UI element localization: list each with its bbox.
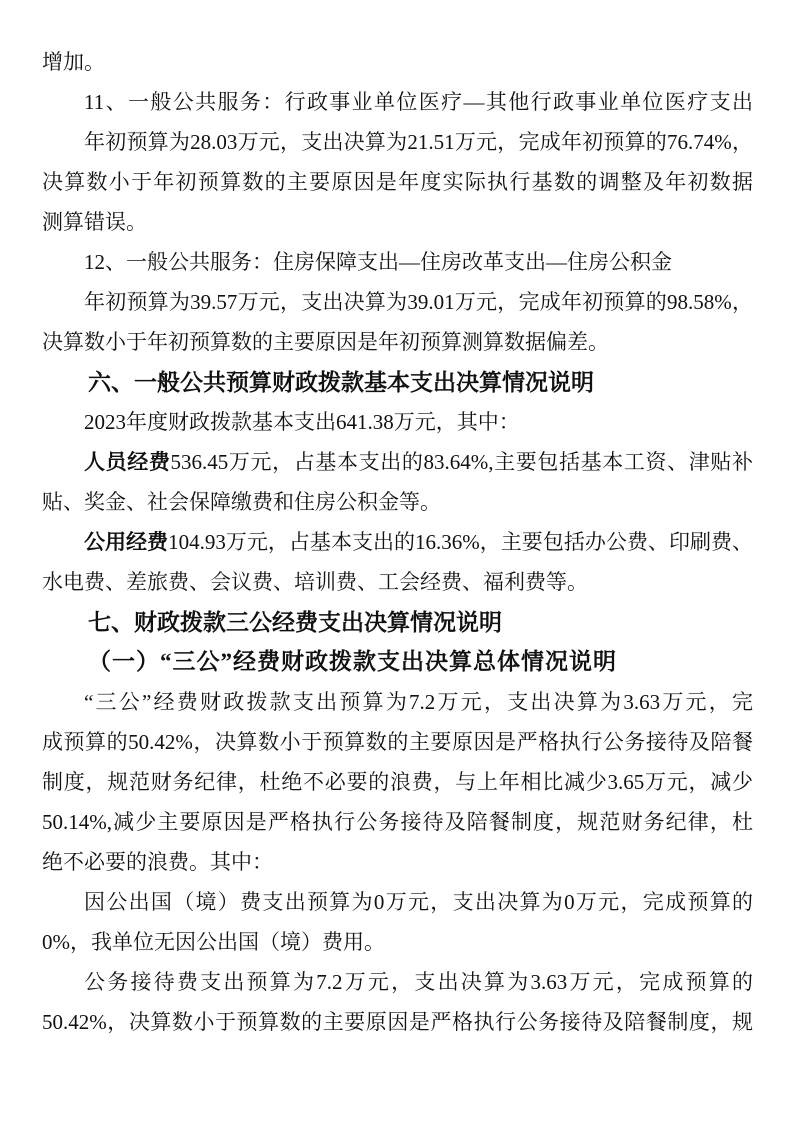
text-run: 0%，我单位无因公出国（境）费用。: [42, 930, 385, 954]
text-run: 六、一般公共预算财政拨款基本支出决算情况说明: [88, 369, 594, 395]
text-run: 增加。: [42, 50, 105, 74]
text-line: 11、一般公共服务：行政事业单位医疗—其他行政事业单位医疗支出: [42, 82, 753, 122]
text-line: 制度，规范财务纪律，杜绝不必要的浪费，与上年相比减少3.65万元，减少: [42, 762, 753, 802]
para-personnel-funds: 人员经费536.45万元，占基本支出的83.64%,主要包括基本工资、津贴补贴、…: [42, 442, 753, 522]
para-continuation-increase: 增加。: [42, 42, 753, 82]
para-three-public-overview: “三公”经费财政拨款支出预算为7.2万元，支出决算为3.63万元，完成预算的50…: [42, 682, 753, 882]
para-abroad-expense: 因公出国（境）费支出预算为0万元，支出决算为0万元，完成预算的0%，我单位无因公…: [42, 882, 753, 962]
text-line: 贴、奖金、社会保障缴费和住房公积金等。: [42, 482, 753, 522]
text-run: 决算数小于年初预算数的主要原因是年度实际执行基数的调整及年初数据: [42, 170, 753, 194]
para-item-11-title: 11、一般公共服务：行政事业单位医疗—其他行政事业单位医疗支出: [42, 82, 753, 122]
para-official-reception: 公务接待费支出预算为7.2万元，支出决算为3.63万元，完成预算的50.42%，…: [42, 962, 753, 1042]
para-item-11-detail: 年初预算为28.03万元，支出决算为21.51万元，完成年初预算的76.74%，…: [42, 122, 753, 242]
text-run: 决算数小于年初预算数的主要原因是年初预算测算数据偏差。: [42, 330, 609, 354]
text-line: 年初预算为28.03万元，支出决算为21.51万元，完成年初预算的76.74%，: [42, 122, 753, 162]
text-line: 0%，我单位无因公出国（境）费用。: [42, 922, 753, 962]
text-run: 七、财政拨款三公经费支出决算情况说明: [88, 609, 502, 635]
text-line: 年初预算为39.57万元，支出决算为39.01万元，完成年初预算的98.58%，: [42, 282, 753, 322]
text-run: 12、一般公共服务：住房保障支出—住房改革支出—住房公积金: [84, 250, 672, 274]
text-line: 成预算的50.42%，决算数小于预算数的主要原因是严格执行公务接待及陪餐: [42, 722, 753, 762]
heading-subsection-1: （一）“三公”经费财政拨款支出决算总体情况说明: [42, 642, 753, 682]
text-line: 测算错误。: [42, 202, 753, 242]
para-public-funds: 公用经费104.93万元，占基本支出的16.36%，主要包括办公费、印刷费、水电…: [42, 522, 753, 602]
text-line: 绝不必要的浪费。其中：: [42, 842, 753, 882]
para-item-12-detail: 年初预算为39.57万元，支出决算为39.01万元，完成年初预算的98.58%，…: [42, 282, 753, 362]
text-line: 公务接待费支出预算为7.2万元，支出决算为3.63万元，完成预算的: [42, 962, 753, 1002]
heading-section-6: 六、一般公共预算财政拨款基本支出决算情况说明: [42, 362, 753, 402]
bold-text-run: 公用经费: [84, 530, 168, 554]
document-body: 增加。11、一般公共服务：行政事业单位医疗—其他行政事业单位医疗支出年初预算为2…: [42, 42, 753, 1042]
text-line: 水电费、差旅费、会议费、培训费、工会经费、福利费等。: [42, 562, 753, 602]
text-run: 2023年度财政拨款基本支出641.38万元，其中：: [84, 410, 520, 434]
text-line: 六、一般公共预算财政拨款基本支出决算情况说明: [42, 362, 753, 402]
text-line: 50.14%,减少主要原因是严格执行公务接待及陪餐制度，规范财务纪律，杜: [42, 802, 753, 842]
text-run: 测算错误。: [42, 210, 147, 234]
text-line: 公用经费104.93万元，占基本支出的16.36%，主要包括办公费、印刷费、: [42, 522, 753, 562]
text-line: “三公”经费财政拨款支出预算为7.2万元，支出决算为3.63万元，完: [42, 682, 753, 722]
text-run: 11、一般公共服务：行政事业单位医疗—其他行政事业单位医疗支出: [84, 90, 753, 114]
heading-section-7: 七、财政拨款三公经费支出决算情况说明: [42, 602, 753, 642]
text-line: （一）“三公”经费财政拨款支出决算总体情况说明: [42, 642, 753, 682]
text-run: 制度，规范财务纪律，杜绝不必要的浪费，与上年相比减少3.65万元，减少: [42, 770, 753, 794]
text-line: 人员经费536.45万元，占基本支出的83.64%,主要包括基本工资、津贴补: [42, 442, 753, 482]
text-line: 因公出国（境）费支出预算为0万元，支出决算为0万元，完成预算的: [42, 882, 753, 922]
para-basic-expenditure-total: 2023年度财政拨款基本支出641.38万元，其中：: [42, 402, 753, 442]
text-run: 公务接待费支出预算为7.2万元，支出决算为3.63万元，完成预算的: [84, 970, 753, 994]
text-run: 104.93万元，占基本支出的16.36%，主要包括办公费、印刷费、: [168, 530, 753, 554]
text-run: 50.42%，决算数小于预算数的主要原因是严格执行公务接待及陪餐制度，规: [42, 1010, 753, 1034]
text-line: 2023年度财政拨款基本支出641.38万元，其中：: [42, 402, 753, 442]
text-run: 绝不必要的浪费。其中：: [42, 850, 273, 874]
text-line: 50.42%，决算数小于预算数的主要原因是严格执行公务接待及陪餐制度，规: [42, 1002, 753, 1042]
text-run: 成预算的50.42%，决算数小于预算数的主要原因是严格执行公务接待及陪餐: [42, 730, 753, 754]
text-line: 12、一般公共服务：住房保障支出—住房改革支出—住房公积金: [42, 242, 753, 282]
document-page: 增加。11、一般公共服务：行政事业单位医疗—其他行政事业单位医疗支出年初预算为2…: [0, 0, 793, 1122]
text-run: 水电费、差旅费、会议费、培训费、工会经费、福利费等。: [42, 570, 588, 594]
text-run: 年初预算为28.03万元，支出决算为21.51万元，完成年初预算的76.74%，: [84, 130, 753, 154]
bold-text-run: 人员经费: [84, 450, 171, 474]
text-run: 贴、奖金、社会保障缴费和住房公积金等。: [42, 490, 441, 514]
text-line: 七、财政拨款三公经费支出决算情况说明: [42, 602, 753, 642]
text-line: 决算数小于年初预算数的主要原因是年初预算测算数据偏差。: [42, 322, 753, 362]
text-run: “三公”经费财政拨款支出预算为7.2万元，支出决算为3.63万元，完: [84, 690, 753, 714]
text-run: （一）“三公”经费财政拨款支出决算总体情况说明: [88, 649, 617, 674]
text-line: 决算数小于年初预算数的主要原因是年度实际执行基数的调整及年初数据: [42, 162, 753, 202]
para-item-12-title: 12、一般公共服务：住房保障支出—住房改革支出—住房公积金: [42, 242, 753, 282]
text-run: 因公出国（境）费支出预算为0万元，支出决算为0万元，完成预算的: [84, 890, 753, 914]
text-run: 50.14%,减少主要原因是严格执行公务接待及陪餐制度，规范财务纪律，杜: [42, 810, 753, 834]
text-run: 年初预算为39.57万元，支出决算为39.01万元，完成年初预算的98.58%，: [84, 290, 753, 314]
text-run: 536.45万元，占基本支出的83.64%,主要包括基本工资、津贴补: [171, 450, 754, 474]
text-line: 增加。: [42, 42, 753, 82]
